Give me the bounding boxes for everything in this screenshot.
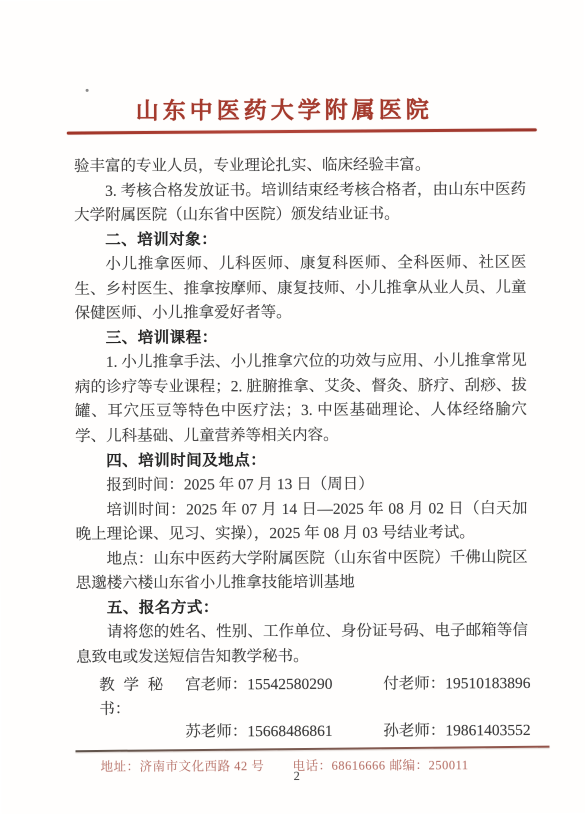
paragraph-training-time: 培训时间：2025 年 07 月 14 日—2025 年 08 月 02 日（白… <box>75 497 527 548</box>
section-heading-targets: 二、培训对象： <box>74 227 526 254</box>
teaching-secretary-contacts: 教学秘书： 宫老师：15542580290 付老师：19510183896 苏老… <box>76 672 528 744</box>
paragraph-signup: 请将您的姓名、性别、工作单位、身份证号码、电子邮箱等信息致电或发送短信告知教学秘… <box>76 619 528 670</box>
hospital-letterhead-title: 山东中医药大学附属医院 <box>0 91 570 126</box>
letterhead-divider-rule <box>67 128 537 134</box>
contact-row-2: 苏老师：15668486861 孙老师：19861403552 <box>99 719 528 744</box>
footer-phone: 电话：68616666 <box>293 756 386 774</box>
section-heading-courses: 三、培训课程： <box>75 325 527 352</box>
footer-divider-rule <box>75 746 549 753</box>
paragraph-location: 地点：山东中医药大学附属医院（山东省中医院）千佛山院区思邈楼六楼山东省小儿推拿技… <box>76 546 528 597</box>
scanned-document-page: 山东中医药大学附属医院 验丰富的专业人员，专业理论扎实、临床经验丰富。 3. 考… <box>0 0 585 814</box>
document-body: 验丰富的专业人员，专业理论扎实、临床经验丰富。 3. 考核合格发放证书。培训结束… <box>74 153 529 744</box>
footer-postal-code: 邮编：250011 <box>390 755 469 773</box>
paragraph-checkin-time: 报到时间：2025 年 07 月 13 日（周日） <box>75 472 527 499</box>
contact-sun-phone: 孙老师：19861403552 <box>383 719 530 743</box>
footer-address: 地址：济南市文化西路 42 号 <box>101 756 265 775</box>
paragraph-courses: 1. 小儿推拿手法、小儿推拿穴位的功效与应用、小儿推拿常见病的诊疗等专业课程；2… <box>75 349 527 449</box>
section-heading-signup: 五、报名方式： <box>76 595 528 622</box>
scan-speck <box>86 89 89 92</box>
contact-gong-phone: 宫老师：15542580290 <box>163 673 383 697</box>
paragraph-certificate: 3. 考核合格发放证书。培训结束经考核合格者，由山东中医药大学附属医院（山东省中… <box>74 178 526 229</box>
contact-fu-phone: 付老师：19510183896 <box>383 672 530 696</box>
paragraph-continuation: 验丰富的专业人员，专业理论扎实、临床经验丰富。 <box>74 153 526 180</box>
contacts-heading: 教学秘书： <box>99 674 163 721</box>
section-heading-schedule: 四、培训时间及地点： <box>75 448 527 475</box>
page-number: 2 <box>294 769 300 784</box>
contact-row-1: 教学秘书： 宫老师：15542580290 付老师：19510183896 <box>99 672 528 720</box>
paragraph-targets: 小儿推拿医师、儿科医师、康复科医师、全科医师、社区医生、乡村医生、推拿按摩师、康… <box>74 251 526 327</box>
contact-su-phone: 苏老师：15668486861 <box>163 719 383 743</box>
